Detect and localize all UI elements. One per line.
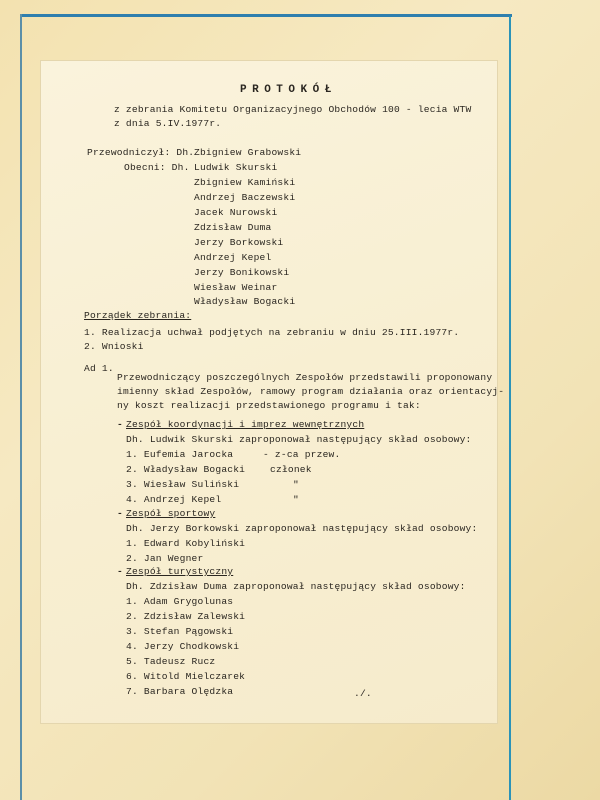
- team-intro: Dh. Zdzisław Duma zaproponował następują…: [126, 581, 466, 593]
- team-member: 5. Tadeusz Rucz: [126, 656, 215, 668]
- ad1-label: Ad 1.: [84, 363, 114, 375]
- team-member: 2. Jan Wegner: [126, 553, 203, 565]
- present-item: Zbigniew Kamiński: [194, 177, 295, 189]
- team-member: 2. Zdzisław Zalewski: [126, 611, 245, 623]
- ad1-paragraph-line: Przewodniczący poszczególnych Zespołów p…: [117, 372, 492, 384]
- present-item: Wiesław Weinar: [194, 282, 277, 294]
- subtitle-line-2: z dnia 5.IV.1977r.: [114, 118, 221, 130]
- team-dash: -: [117, 508, 123, 520]
- present-item: Jerzy Borkowski: [194, 237, 283, 249]
- present-item: Andrzej Kepel: [194, 252, 271, 264]
- subtitle-line-1: z zebrania Komitetu Organizacyjnego Obch…: [114, 104, 471, 116]
- present-item: Andrzej Baczewski: [194, 192, 295, 204]
- team-intro: Dh. Jerzy Borkowski zaproponował następu…: [126, 523, 477, 535]
- present-item: Ludwik Skurski: [194, 162, 277, 174]
- present-item: Jacek Nurowski: [194, 207, 277, 219]
- ad1-paragraph-line: imienny skład Zespołów, ramowy program d…: [117, 386, 504, 398]
- team-member: 4. Jerzy Chodkowski: [126, 641, 239, 653]
- chair-name: Zbigniew Grabowski: [194, 147, 301, 159]
- team-member: 1. Edward Kobyliński: [126, 538, 245, 550]
- document-title: PROTOKÓŁ: [240, 84, 337, 96]
- blue-frame-top-line: [21, 14, 512, 17]
- agenda-item: 2. Wnioski: [84, 341, 144, 353]
- team-member: 1. Adam Grygolunas: [126, 596, 233, 608]
- team-member: 1. Eufemia Jarocka: [126, 449, 233, 461]
- present-item: Zdzisław Duma: [194, 222, 271, 234]
- team-member: 4. Andrzej Kepel: [126, 494, 221, 506]
- team-member: 6. Witold Mielczarek: [126, 671, 245, 683]
- team-member: 7. Barbara Olędzka: [126, 686, 233, 698]
- team-member-role: członek: [270, 464, 312, 476]
- team-name: Zespół turystyczny: [126, 566, 233, 578]
- present-label: Obecni: Dh.: [124, 162, 190, 174]
- team-member: 3. Wiesław Suliński: [126, 479, 239, 491]
- team-member: 2. Władysław Bogacki: [126, 464, 245, 476]
- team-member-role: ": [293, 494, 299, 506]
- team-member-role: - z-ca przew.: [263, 449, 340, 461]
- present-item: Jerzy Bonikowski: [194, 267, 289, 279]
- team-name: Zespół sportowy: [126, 508, 215, 520]
- team-name: Zespół koordynacji i imprez wewnętrznych: [126, 419, 364, 431]
- continuation-mark: ./.: [354, 688, 372, 700]
- blue-frame-right-line: [509, 16, 511, 800]
- present-item: Władysław Bogacki: [194, 296, 295, 308]
- ad1-paragraph-line: ny koszt realizacji przedstawionego prog…: [117, 400, 421, 412]
- team-dash: -: [117, 419, 123, 431]
- team-intro: Dh. Ludwik Skurski zaproponował następuj…: [126, 434, 472, 446]
- team-member-role: ": [293, 479, 299, 491]
- chair-label: Przewodniczył: Dh.: [87, 147, 194, 159]
- team-dash: -: [117, 566, 123, 578]
- blue-frame-left-line: [20, 14, 22, 800]
- agenda-item: 1. Realizacja uchwał podjętych na zebran…: [84, 327, 459, 339]
- team-member: 3. Stefan Pągowski: [126, 626, 233, 638]
- agenda-heading: Porządek zebrania:: [84, 310, 191, 322]
